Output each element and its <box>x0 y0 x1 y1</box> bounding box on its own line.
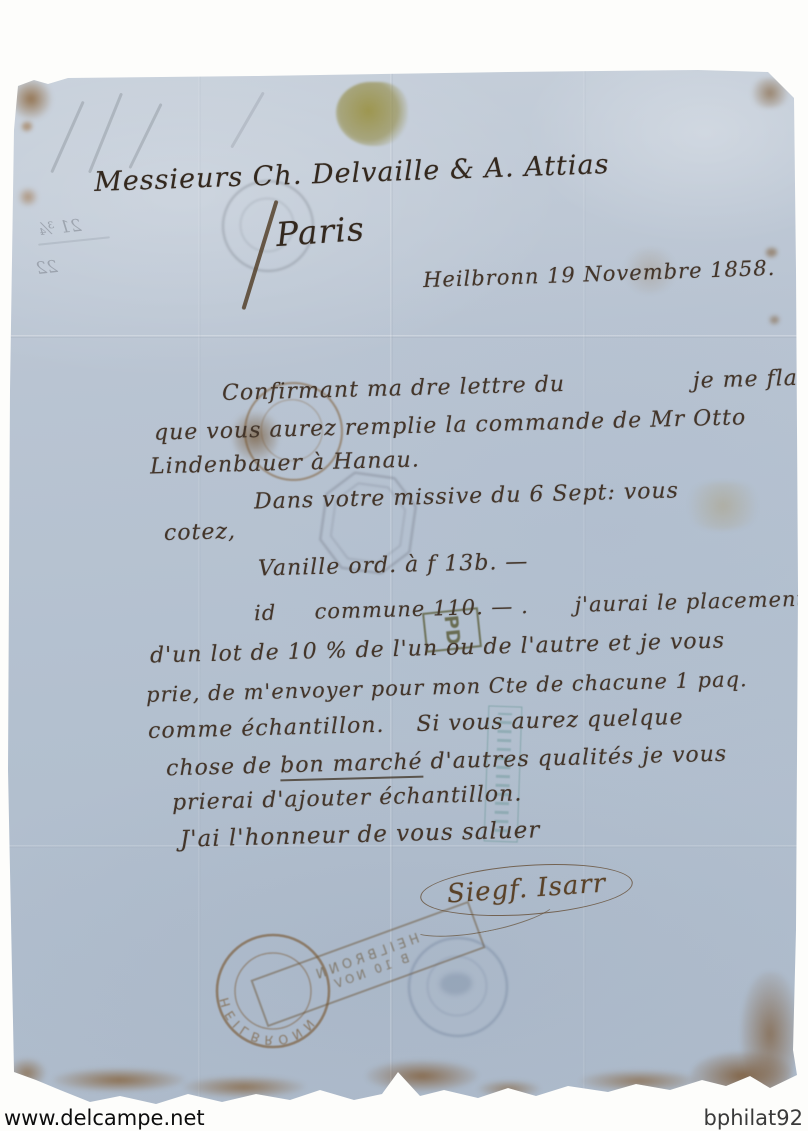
seal-residue-spot <box>336 82 408 146</box>
body-line-pre: chose de <box>166 753 281 781</box>
stain <box>741 972 799 1096</box>
stain <box>478 1080 540 1098</box>
body-line-post: d'autres qualités je vous <box>422 742 727 775</box>
body-line: prierai d'ajouter échantillon. <box>172 781 523 815</box>
vertical-fold-crease <box>390 70 393 1110</box>
blue-circular-postmark <box>408 937 508 1037</box>
letter-paper: PD HEILBRONN HEILBRONN B 10 NOV 21 ¾ 22 <box>8 70 800 1110</box>
stain <box>183 1076 305 1098</box>
body-line: id commune 110. — . j'aurai le placement <box>254 587 806 625</box>
boxed-stamp-line1: HEILBRONN <box>310 931 421 984</box>
stain <box>8 1058 46 1088</box>
stain <box>770 316 779 324</box>
body-line: Lindenbauer à Hanau. <box>150 447 420 479</box>
body-line: cotez, <box>164 519 237 546</box>
seller-watermark: bphilat92 <box>704 1106 803 1130</box>
vertical-fold-crease <box>198 70 201 1110</box>
boxed-stamp-line2: B 10 NOV <box>330 951 411 992</box>
stain <box>22 122 32 131</box>
stain <box>580 1070 698 1092</box>
closing-line: J'ai l'honneur de vous saluer <box>180 817 541 852</box>
stain <box>366 1060 478 1092</box>
body-line: Confirmant ma dre lettre du je me flatte <box>222 365 808 406</box>
body-line: Vanille ord. à f 13b. — <box>258 549 529 581</box>
body-line: Dans votre missive du 6 Sept: vous <box>254 478 680 514</box>
destination-city: Paris <box>275 209 366 254</box>
signature-block: Siegf. Isarr <box>419 858 635 923</box>
stain <box>8 78 54 120</box>
vertical-fold-crease <box>583 70 586 1110</box>
stain <box>53 1068 185 1092</box>
underlined-phrase: bon marché <box>280 750 423 782</box>
stain <box>691 1052 793 1100</box>
ring-postmark-text: HEILBRONN <box>216 996 320 1048</box>
pencil-showthrough-number: 21 ¾ <box>37 216 82 240</box>
delcampe-watermark: www.delcampe.net <box>4 1106 205 1130</box>
pencil-showthrough-stroke <box>128 103 162 169</box>
heilbronn-ring-postmark: HEILBRONN <box>212 930 334 1052</box>
horizontal-fold-crease <box>8 335 800 338</box>
pencil-showthrough-stroke <box>50 101 84 173</box>
body-line: comme échantillon. Si vous aurez quelque <box>148 705 684 744</box>
body-line: prie, de m'envoyer pour mon Cte de chacu… <box>146 667 748 707</box>
pencil-showthrough-stroke <box>230 92 265 149</box>
stain <box>680 482 766 530</box>
body-line-with-underline: chose de bon marché d'autres qualités je… <box>166 742 728 782</box>
svg-text:HEILBRONN: HEILBRONN <box>216 996 320 1048</box>
address-line: Messieurs Ch. Delvaille & A. Attias <box>94 149 610 198</box>
stain <box>16 188 40 206</box>
body-line: d'un lot de 10 % de l'un ou de l'autre e… <box>150 628 726 668</box>
pencil-showthrough-number: 22 <box>35 257 59 279</box>
scanned-letter-page: PD HEILBRONN HEILBRONN B 10 NOV 21 ¾ 22 <box>0 0 808 1131</box>
body-line: que vous aurez remplie la commande de Mr… <box>154 405 747 445</box>
dateline: Heilbronn 19 Novembre 1858. <box>423 256 776 292</box>
pencil-showthrough-stroke <box>88 93 123 174</box>
manuscript-tax-slash <box>241 200 278 310</box>
stain <box>748 78 792 108</box>
